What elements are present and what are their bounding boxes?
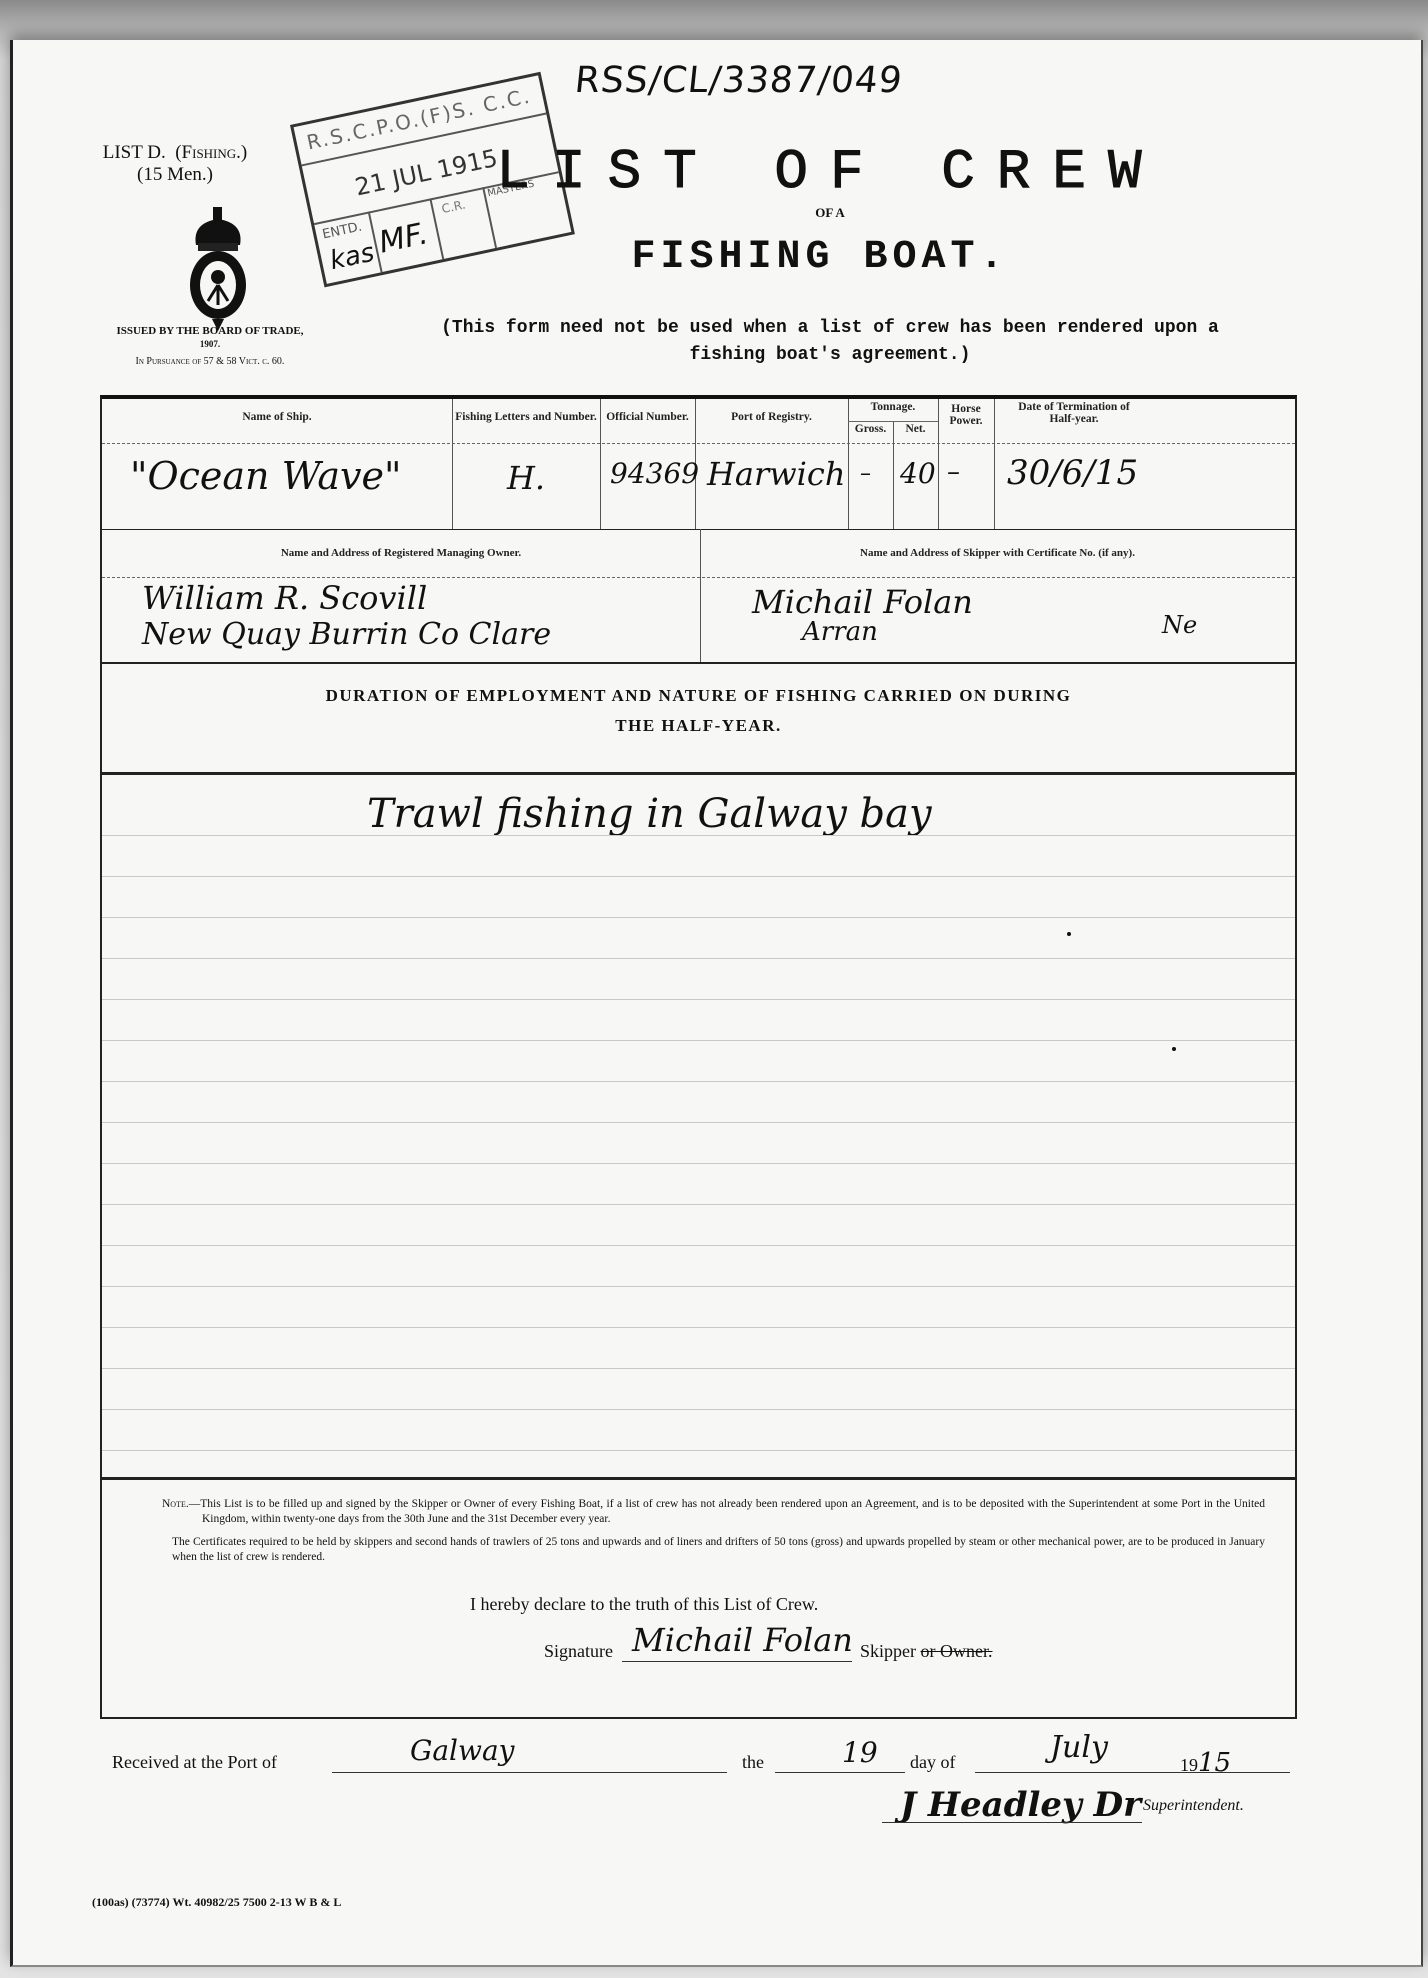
skipper-address-value: Arran (802, 617, 878, 647)
declaration-statement: I hereby declare to the truth of this Li… (470, 1594, 818, 1615)
tonnage-divider (848, 421, 938, 422)
official-number-value: 94369 (610, 457, 699, 490)
superintendent-signature: J Headley Dr (900, 1785, 1141, 1825)
received-port-value: Galway (410, 1734, 515, 1767)
royal-crest-icon (178, 205, 258, 335)
stamp-initials: kas (327, 238, 377, 277)
column-divider (848, 399, 849, 529)
row-divider (102, 443, 1295, 444)
skipper-certificate-value: Ne (1162, 611, 1197, 639)
usage-notice: (This form need not be used when a list … (405, 315, 1255, 369)
superintendent-line (882, 1822, 1142, 1823)
ink-speck (1172, 1047, 1176, 1051)
title-of-a: OF A (780, 205, 880, 221)
ruled-line (102, 958, 1295, 959)
header-owner: Name and Address of Registered Managing … (102, 547, 700, 559)
page-subtitle: FISHING BOAT. (560, 235, 1080, 280)
instructions-note: Note.—This List is to be filled up and s… (132, 1497, 1265, 1573)
note-label: Note. (162, 1498, 189, 1510)
column-divider (893, 421, 894, 529)
ruled-line (102, 1204, 1295, 1205)
column-divider (600, 399, 601, 529)
ruled-line (102, 1327, 1295, 1328)
note-paragraph-2: The Certificates required to be held by … (132, 1535, 1265, 1565)
header-port-of-registry: Port of Registry. (695, 411, 848, 423)
usage-notice-line: fishing boat's agreement.) (405, 342, 1255, 369)
owner-name-value: William R. Scovill (142, 579, 427, 617)
owner-address-value: New Quay Burrin Co Clare (142, 617, 551, 652)
gross-tonnage-value: – (860, 461, 871, 486)
year-suffix: 15 (1198, 1748, 1231, 1778)
note-paragraph-1: —This List is to be filled up and signed… (189, 1498, 1265, 1525)
fishing-letters-value: H. (507, 459, 545, 497)
crew-form: Name of Ship. Fishing Letters and Number… (100, 395, 1297, 1719)
printer-imprint: (100as) (73774) Wt. 40982/25 7500 2-13 W… (92, 1895, 341, 1910)
ruled-line (102, 1409, 1295, 1410)
ruled-line (102, 1163, 1295, 1164)
stamp-initials: MF. (376, 216, 431, 260)
header-horse-power: Horse Power. (938, 403, 994, 427)
header-date-termination-line: Date of Termination of (994, 401, 1154, 413)
usage-notice-line: (This form need not be used when a list … (405, 315, 1255, 342)
ruled-line (102, 1122, 1295, 1123)
employment-header: DURATION OF EMPLOYMENT AND NATURE OF FIS… (102, 681, 1295, 741)
stamp-entd-label: ENTD. (321, 219, 363, 242)
archive-reference: RSS/CL/3387/049 (573, 60, 905, 101)
issued-by: ISSUED BY THE BOARD OF TRADE, (95, 325, 325, 338)
column-divider (700, 529, 701, 662)
horse-power-value: – (947, 457, 960, 487)
signatory-role: Skipper or Owner. (860, 1641, 992, 1662)
row-divider (102, 529, 1295, 530)
pursuance-text: In Pursuance of 57 & 58 Vict. c. 60. (95, 355, 325, 368)
issued-by-block: ISSUED BY THE BOARD OF TRADE, 1907. In P… (95, 325, 325, 368)
row-divider (102, 662, 1295, 664)
year-line (1180, 1772, 1290, 1773)
received-day-value: 19 (842, 1736, 878, 1769)
port-line (332, 1772, 727, 1773)
issued-year: 1907. (95, 338, 325, 351)
employment-header-line: DURATION OF EMPLOYMENT AND NATURE OF FIS… (102, 681, 1295, 711)
column-divider (452, 399, 453, 529)
signature-value: Michail Folan (632, 1621, 853, 1659)
stamp-date: 21 JUL 1915 (353, 144, 501, 202)
list-label: LIST D. (103, 142, 166, 163)
month-line (975, 1772, 1180, 1773)
header-date-termination-line: Half-year. (994, 413, 1154, 425)
net-tonnage-value: 40 (900, 457, 936, 490)
ship-name-value: "Ocean Wave" (130, 454, 401, 498)
received-month-value: July (1050, 1730, 1108, 1765)
header-gross: Gross. (848, 423, 893, 435)
day-line (775, 1772, 905, 1773)
year-label: 1915 (1180, 1748, 1231, 1778)
the-label: the (742, 1752, 764, 1773)
list-label-block: LIST D. (Fishing.) (15 Men.) (90, 142, 260, 186)
skipper-name-value: Michail Folan (752, 583, 973, 621)
list-category: (Fishing.) (175, 142, 247, 163)
header-skipper: Name and Address of Skipper with Certifi… (700, 547, 1295, 559)
row-divider (102, 577, 1295, 578)
ruled-line (102, 876, 1295, 877)
date-termination-value: 30/6/15 (1007, 453, 1138, 493)
stamp-cr-label: C.R. (440, 197, 466, 216)
header-fishing-letters: Fishing Letters and Number. (452, 411, 600, 423)
ruled-line (102, 1040, 1295, 1041)
role-skipper: Skipper (860, 1641, 916, 1661)
signature-label: Signature (544, 1641, 613, 1662)
header-tonnage: Tonnage. (848, 401, 938, 413)
header-date-termination: Date of Termination of Half-year. (994, 401, 1154, 425)
ruled-line (102, 1368, 1295, 1369)
ruled-line (102, 1450, 1295, 1451)
page-title: LIST OF CREW (480, 140, 1180, 204)
role-owner-struck: or Owner. (921, 1641, 993, 1661)
row-divider (102, 772, 1295, 775)
header-name-of-ship: Name of Ship. (102, 411, 452, 423)
column-divider (938, 399, 939, 529)
ruled-line (102, 1286, 1295, 1287)
ruled-line (102, 917, 1295, 918)
header-official-number: Official Number. (600, 411, 695, 423)
ruled-line (102, 835, 1295, 836)
employment-header-line: THE HALF-YEAR. (102, 711, 1295, 741)
ink-speck (1067, 932, 1071, 936)
signature-line (622, 1661, 852, 1662)
superintendent-label: Superintendent. (1143, 1797, 1244, 1815)
port-of-registry-value: Harwich (707, 455, 845, 493)
column-divider (994, 399, 995, 529)
received-label: Received at the Port of (112, 1752, 277, 1773)
day-of-label: day of (910, 1752, 955, 1773)
list-capacity: (15 Men.) (90, 164, 260, 186)
row-divider (102, 1477, 1295, 1480)
ruled-line (102, 1245, 1295, 1246)
ruled-line (102, 999, 1295, 1000)
header-net: Net. (893, 423, 938, 435)
ruled-line (102, 1081, 1295, 1082)
employment-entry: Trawl fishing in Galway bay (367, 791, 932, 837)
